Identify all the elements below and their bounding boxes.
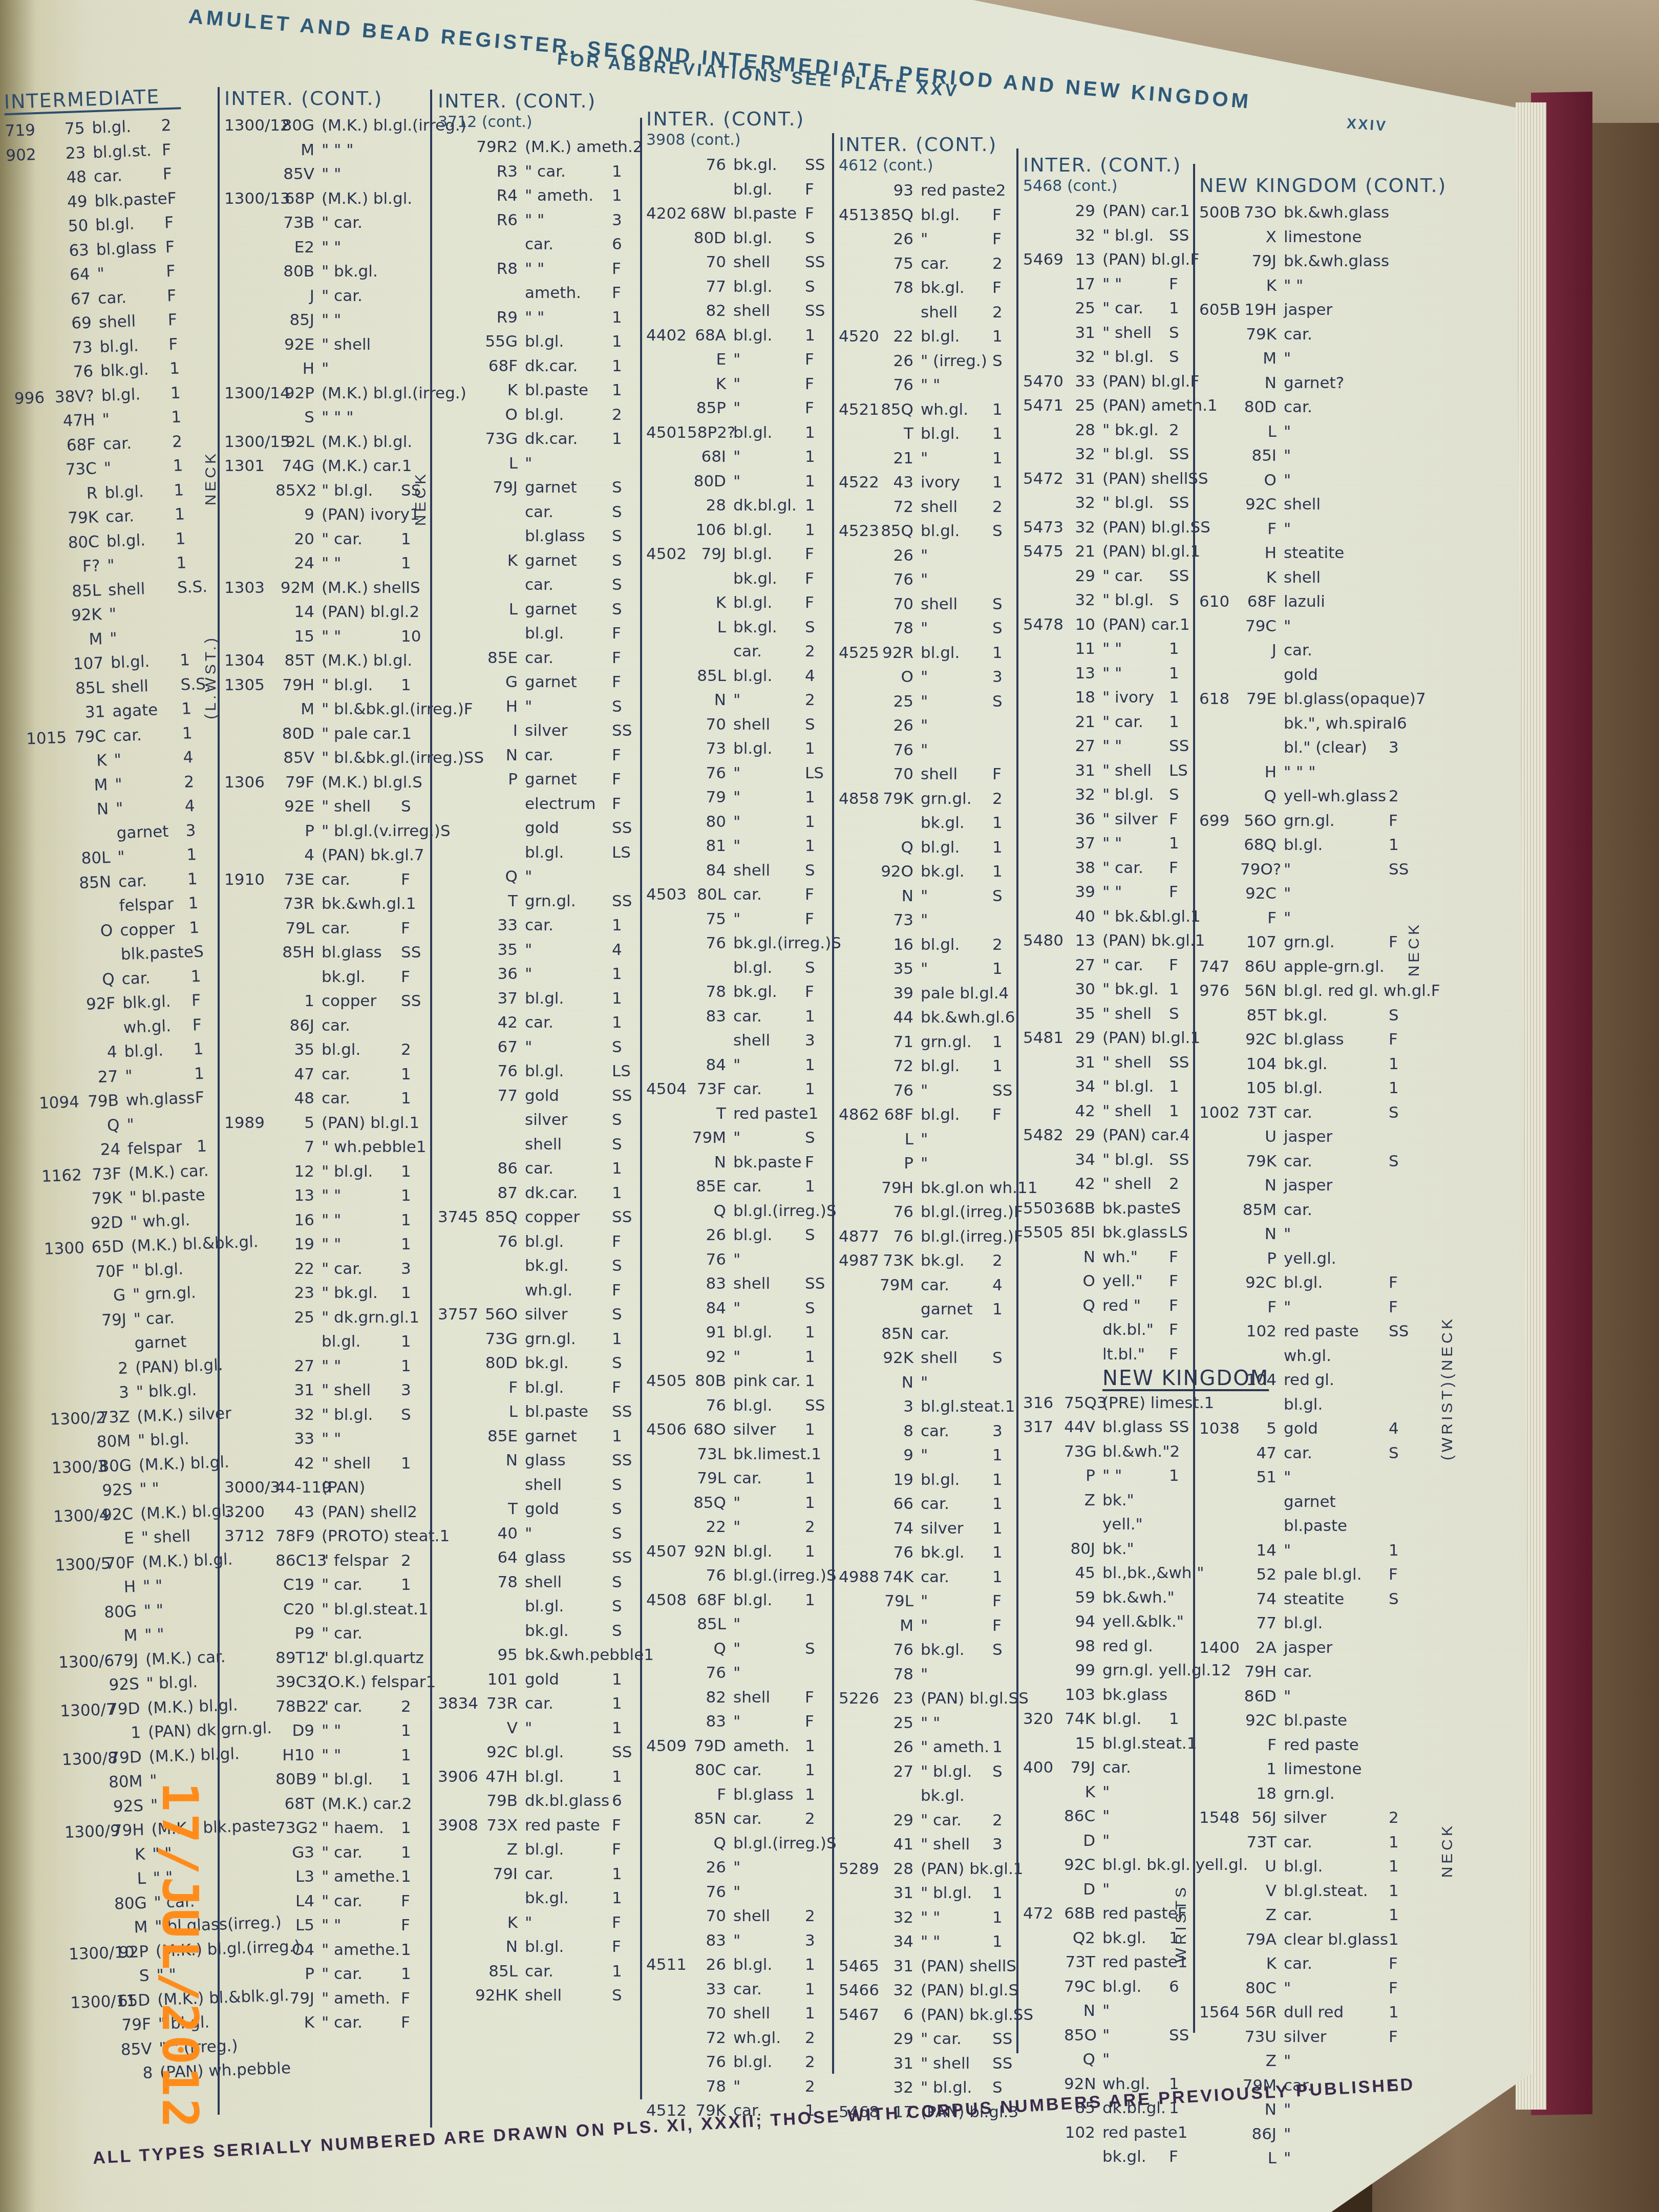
register-entry: NglassSS	[438, 1449, 637, 1473]
entry-type: N	[1064, 1999, 1102, 2024]
entry-corpus	[438, 1424, 474, 1449]
register-entry: C20" bl.gl.steat.1	[224, 1598, 427, 1622]
entry-type: 36	[1064, 807, 1102, 832]
entry-type: 73F	[77, 1161, 129, 1187]
entry-corpus	[224, 1865, 275, 1889]
register-entry: 31675Q3(PRE) limest.1	[1023, 1391, 1192, 1416]
register-entry: 605B19Hjasper	[1199, 298, 1414, 323]
entry-type: 5	[1240, 1417, 1284, 1441]
entry-qty: S	[992, 2076, 1015, 2100]
entry-type: L	[687, 615, 733, 640]
entry-material: garnet?	[1284, 371, 1389, 396]
entry-type: 27	[275, 1354, 322, 1379]
entry-qty	[401, 333, 427, 357]
entry-corpus: 5503	[1023, 1197, 1064, 1221]
entry-qty: SS	[1169, 491, 1192, 516]
register-entry: Qyell-wh.glass2	[1199, 784, 1414, 809]
entry-type: O	[880, 665, 921, 690]
entry-material: "	[733, 1929, 805, 1953]
entry-material: " car.	[322, 1257, 401, 1282]
entry-corpus: 472	[1023, 1902, 1064, 1926]
entry-corpus: 1162	[41, 1163, 78, 1189]
entry-type: 92C	[474, 1740, 525, 1765]
register-entry: IsilverSS	[438, 719, 637, 743]
entry-corpus	[1023, 272, 1064, 297]
register-entry: 450868Fbl.gl.1	[646, 1588, 831, 1613]
register-entry: 547332(PAN) bl.gl.SS	[1023, 516, 1192, 540]
register-entry: 14(PAN) bl.gl.2	[224, 600, 427, 625]
entry-type: 87	[474, 1181, 525, 1206]
register-entry: 51"	[1199, 1465, 1414, 1490]
entry-material: bk.gl.	[1102, 1926, 1169, 1951]
entry-type: 2A	[1240, 1636, 1284, 1661]
entry-type	[83, 1332, 135, 1358]
entry-qty: 1	[188, 891, 209, 916]
entry-material: ivory	[921, 471, 992, 495]
entry-material: " amethe.	[322, 1865, 401, 1889]
entry-qty: 1	[805, 1540, 831, 1564]
entry-material: (PAN) bl.gl.	[1102, 516, 1190, 540]
register-entry: 92E" shell	[224, 333, 427, 357]
register-entry: silverS	[438, 1108, 637, 1133]
entry-type: 32	[1064, 442, 1102, 467]
register-entry: 4(PAN) bk.gl.7	[224, 843, 427, 868]
register-entry: H"	[224, 357, 427, 381]
entry-type: 25	[880, 1711, 921, 1736]
entry-corpus: 1305	[224, 673, 275, 698]
entry-corpus	[60, 1722, 97, 1748]
entry-corpus	[839, 1322, 880, 1347]
register-entry: 73Gdk.car.1	[438, 427, 637, 452]
entry-corpus	[1199, 1563, 1240, 1587]
entry-type: 35	[474, 938, 525, 963]
entry-corpus	[1023, 1148, 1064, 1173]
register-entry: 78"S	[839, 616, 1015, 641]
entry-material: " bl.gl.	[322, 479, 401, 503]
entry-qty: SS	[612, 1205, 637, 1230]
entry-corpus	[438, 549, 474, 573]
entry-qty: SS	[1169, 1148, 1192, 1173]
entry-corpus	[839, 1711, 880, 1736]
entry-material: car.	[105, 503, 175, 529]
entry-type: 80D	[474, 1351, 525, 1376]
entry-corpus: 1548	[1199, 1806, 1240, 1831]
entry-material: bk.limest.	[733, 1442, 811, 1467]
entry-qty: 1	[992, 422, 1015, 446]
entry-material: " shell	[1102, 1172, 1169, 1197]
entry-material: (PAN) shell	[921, 1954, 1006, 1979]
entry-corpus	[1199, 1028, 1240, 1052]
register-entry: 10385gold4	[1199, 1417, 1414, 1441]
register-entry: shell2	[839, 301, 1015, 325]
entry-corpus	[69, 1966, 106, 1991]
register-entry: 85Tbk.gl.S	[1199, 1004, 1414, 1028]
entry-material: wh."	[1102, 1245, 1169, 1270]
entry-corpus	[839, 1735, 880, 1760]
entry-type: M	[58, 627, 111, 653]
entry-qty: 1	[1389, 1903, 1414, 1928]
register-entry: 9"1	[839, 1443, 1015, 1468]
register-entry: Hsteatite	[1199, 541, 1414, 566]
entry-material: bl.gl.	[733, 421, 805, 445]
entry-corpus	[839, 1833, 880, 1857]
entry-material: bl.gl.	[733, 1540, 805, 1564]
register-entry: 19" "1	[224, 1232, 427, 1257]
entry-corpus: 5475	[1023, 540, 1064, 564]
register-entry: K"F	[438, 1911, 637, 1936]
entry-type: 78	[474, 1570, 525, 1595]
entry-qty	[992, 1128, 1015, 1152]
entry-material: car.	[1102, 1756, 1169, 1780]
entry-corpus	[839, 1638, 880, 1663]
column-heading: INTER. (CONT.)	[438, 90, 637, 112]
entry-type: 80D	[275, 722, 322, 747]
entry-type: Q	[687, 1637, 733, 1662]
register-entry: 73Gbl.&wh."2	[1023, 1440, 1192, 1464]
entry-qty	[1389, 1660, 1414, 1685]
entry-corpus	[62, 1771, 99, 1797]
entry-type: 79L	[275, 917, 322, 941]
register-entry: 371278F9(PROTO) steat.1	[224, 1524, 427, 1549]
entry-corpus	[438, 622, 474, 646]
entry-type: 103	[1064, 1683, 1102, 1708]
entry-corpus	[839, 422, 880, 446]
entry-corpus	[646, 1637, 687, 1662]
entry-material: " car.	[322, 2011, 401, 2035]
entry-type: Z	[1240, 2049, 1284, 2074]
entry-corpus: 3745	[438, 1205, 474, 1230]
entry-material: "	[1102, 2024, 1169, 2048]
entry-qty: 2	[992, 495, 1015, 520]
register-entry: bl.gl.F	[646, 178, 831, 202]
entry-material: dk.bl."	[1102, 1318, 1169, 1343]
entry-corpus	[839, 690, 880, 714]
entry-corpus	[224, 1208, 275, 1233]
entry-material: " car.	[921, 1809, 992, 1833]
entry-type: 21	[1064, 540, 1102, 564]
entry-corpus	[1199, 541, 1240, 566]
entry-material: " "	[322, 1427, 401, 1452]
entry-corpus: 1989	[224, 1111, 275, 1136]
register-entry: 74786Uapple-grn.gl.	[1199, 955, 1414, 980]
entry-material: "	[117, 843, 187, 870]
entry-corpus	[1199, 1855, 1240, 1879]
entry-qty: SS	[1169, 1051, 1192, 1075]
entry-type: 98	[1064, 1634, 1102, 1659]
entry-list: 93red paste2451385Qbl.gl.F26"F75car.278b…	[839, 179, 1015, 2124]
register-entry: 70shellF	[839, 762, 1015, 787]
entry-material: " car.	[322, 527, 401, 552]
entry-material: " car.	[322, 1889, 401, 1914]
entry-material: " bl.gl.	[322, 1160, 401, 1184]
register-entry: bl.gl.1	[224, 1330, 427, 1354]
entry-material: " car.	[322, 211, 401, 236]
entry-material: "	[733, 810, 805, 835]
entry-type	[65, 821, 117, 847]
entry-type: 94	[1064, 1610, 1102, 1634]
entry-qty: 1	[401, 551, 427, 576]
register-entry: 450668Osilver1	[646, 1418, 831, 1442]
entry-qty: 1	[173, 454, 194, 479]
entry-type: 70	[880, 762, 921, 787]
entry-qty	[1389, 444, 1414, 469]
entry-corpus: 5465	[839, 1954, 880, 1979]
entry-qty: 1	[805, 737, 831, 761]
column-subheading: 3712 (cont.)	[438, 113, 637, 131]
entry-corpus	[12, 337, 49, 363]
entry-type: 79J	[82, 1307, 134, 1333]
column-divider	[1016, 148, 1018, 2053]
entry-type: 28	[687, 494, 733, 518]
entry-material: bl.gl.(irreg.)	[733, 1199, 826, 1224]
entry-material: bk.gl.	[921, 860, 992, 884]
entry-material: bk.gl.	[733, 615, 805, 640]
entry-corpus: 1300/14	[224, 381, 275, 406]
entry-material: dull red	[1284, 2001, 1389, 2025]
register-entry: 77bl.gl.S	[646, 275, 831, 300]
entry-corpus	[839, 1419, 880, 1444]
entry-qty: 6	[1169, 1975, 1192, 2000]
entry-corpus: 5226	[839, 1687, 880, 1711]
register-entry: 85Ncar.2	[646, 1807, 831, 1832]
entry-corpus	[438, 598, 474, 622]
register-entry: D"	[1023, 1829, 1192, 1854]
entry-corpus	[224, 527, 275, 552]
register-entry: 92C"	[1199, 882, 1414, 906]
entry-type: 75Q3	[1064, 1391, 1102, 1416]
entry-type: P	[474, 768, 525, 792]
entry-corpus	[46, 1285, 82, 1310]
entry-corpus	[224, 308, 275, 333]
entry-corpus	[646, 859, 687, 883]
entry-type: K	[1240, 1952, 1284, 1976]
entry-material: " "	[322, 1184, 401, 1208]
entry-material: "	[1102, 1804, 1169, 1829]
entry-material: "	[921, 616, 992, 641]
register-entry: 28dk.bl.gl.1	[646, 494, 831, 518]
register-entry: 72shell2	[839, 495, 1015, 520]
entry-corpus	[646, 688, 687, 713]
entry-type	[474, 622, 525, 646]
register-column: INTER. (CONT.)4612 (cont.)93red paste245…	[839, 133, 1015, 2124]
entry-corpus	[1199, 1709, 1240, 1733]
register-entry: 82shellF	[646, 1686, 831, 1710]
entry-corpus	[646, 980, 687, 1005]
entry-material: " shell	[1102, 1051, 1169, 1075]
entry-type: Q	[70, 967, 122, 993]
entry-type: 39	[1064, 880, 1102, 905]
register-entry: 79JgarnetS	[438, 476, 637, 500]
entry-qty: 1	[612, 354, 637, 379]
register-entry: 70shellS	[839, 592, 1015, 617]
entry-material: bl.gl.	[733, 275, 805, 300]
entry-corpus	[1023, 1464, 1064, 1488]
entry-qty	[1389, 566, 1414, 590]
entry-qty: F	[1169, 856, 1192, 881]
entry-material: " "	[1102, 734, 1169, 759]
entry-type: 92R	[880, 641, 921, 666]
entry-material: " "	[142, 1572, 212, 1599]
entry-qty: 2	[805, 1807, 831, 1832]
entry-type: D	[1064, 1829, 1102, 1854]
register-entry: 73Rbk.&wh.gl.1	[224, 892, 427, 917]
entry-material: bk.glass	[1102, 1683, 1169, 1708]
entry-corpus	[646, 153, 687, 178]
entry-qty: 1	[612, 378, 637, 403]
entry-material: bl.gl.	[525, 1838, 612, 1862]
entry-type: 25	[880, 690, 921, 714]
entry-qty	[401, 1427, 427, 1452]
entry-material: bk.&wh.pebble	[525, 1643, 644, 1668]
entry-material: "	[921, 957, 992, 982]
entry-qty: S	[412, 771, 438, 795]
entry-qty: 1	[1178, 2121, 1201, 2145]
entry-type: 79J	[275, 1987, 322, 2011]
entry-material: bl.gl.	[1102, 1975, 1169, 2000]
register-entry: goldSS	[438, 816, 637, 841]
entry-corpus	[646, 178, 687, 202]
entry-material: shell	[733, 1686, 805, 1710]
entry-material: car.	[1284, 1952, 1389, 1976]
entry-material: bl.glass	[322, 941, 401, 965]
register-entry: 106bl.gl.1	[646, 518, 831, 543]
entry-material: " "	[322, 236, 401, 260]
entry-type: Q	[1240, 784, 1284, 809]
register-entry: L3" amethe.1	[224, 1865, 427, 1889]
entry-qty: F	[195, 1086, 216, 1111]
entry-corpus	[1199, 395, 1240, 420]
register-entry: 32" bl.gl.S	[1023, 783, 1192, 807]
entry-type: P	[1240, 1247, 1284, 1271]
entry-material: bl.glass	[96, 236, 166, 262]
entry-corpus: 5482	[1023, 1123, 1064, 1148]
entry-material: bk.gl.	[921, 811, 992, 836]
register-entry: Qbl.gl.1	[839, 836, 1015, 860]
entry-type: 79J	[687, 542, 733, 567]
entry-qty	[1389, 420, 1414, 444]
entry-material: lazuli	[1284, 590, 1389, 614]
entry-qty	[1389, 201, 1415, 225]
entry-type: 83	[687, 1710, 733, 1734]
entry-material: (M.K.) bl.gl.	[322, 187, 412, 211]
entry-corpus	[40, 1139, 77, 1165]
entry-corpus	[438, 768, 474, 792]
entry-qty: 1	[805, 1077, 831, 1102]
entry-type: 92F	[71, 991, 123, 1017]
entry-type: P	[275, 1962, 322, 1987]
entry-material: apple-grn.gl.	[1284, 955, 1389, 980]
entry-corpus	[438, 281, 474, 306]
entry-type: 70	[687, 250, 733, 275]
entry-type: M	[103, 1915, 156, 1941]
entry-material: " bk.gl.	[322, 1281, 401, 1306]
entry-type: K	[1240, 566, 1284, 590]
entry-material: bl.gl.	[525, 1376, 612, 1400]
entry-material: " car.	[1102, 296, 1169, 321]
register-entry: 77bl.gl.	[1199, 1611, 1414, 1636]
entry-material: car.	[322, 1014, 401, 1038]
entry-type: 32	[880, 2076, 921, 2100]
register-entry: 548129(PAN) bl.gl.1	[1023, 1026, 1192, 1051]
register-entry: 32" "1	[839, 1906, 1015, 1930]
entry-corpus: 4508	[646, 1588, 687, 1613]
entry-corpus	[839, 714, 880, 738]
entry-type: 68T	[275, 1792, 322, 1817]
entry-corpus	[42, 1187, 79, 1213]
entry-qty: S.S.	[180, 672, 202, 697]
entry-qty: 3	[612, 208, 637, 233]
entry-corpus	[1023, 807, 1064, 832]
entry-qty: S	[1169, 783, 1192, 807]
register-entry: 547231(PAN) shellSS	[1023, 467, 1192, 492]
entry-qty	[1169, 1999, 1192, 2024]
register-entry: 19bl.gl.1	[839, 1468, 1015, 1493]
register-entry: 78bk.gl.F	[839, 276, 1015, 301]
entry-qty: S	[805, 713, 831, 737]
entry-material: silver	[525, 1108, 612, 1133]
entry-type: 42	[275, 1452, 322, 1476]
entry-qty: F	[166, 259, 187, 284]
entry-material: "	[107, 551, 177, 578]
register-entry: 36"1	[438, 962, 637, 987]
entry-qty: F	[612, 1279, 637, 1303]
register-entry: 59bk.&wh."	[1023, 1586, 1192, 1610]
entry-qty: SS	[805, 299, 831, 324]
register-entry: 69956Ogrn.gl.F	[1199, 809, 1414, 834]
register-entry: 546531(PAN) shellS	[839, 1954, 1015, 1979]
entry-qty: 1	[401, 1841, 427, 1865]
entry-qty	[805, 1612, 831, 1637]
entry-qty: S	[1171, 1197, 1194, 1221]
entry-corpus: 4505	[646, 1369, 687, 1394]
register-entry: bk.gl.F	[646, 567, 831, 591]
entry-type: S	[275, 406, 322, 430]
entry-type: 92E	[275, 333, 322, 357]
entry-corpus	[20, 580, 57, 606]
entry-type: K	[275, 2011, 322, 2035]
entry-type: 85Q	[880, 203, 921, 228]
entry-type: 79K	[1240, 323, 1284, 347]
entry-type: 92M	[275, 576, 322, 601]
register-entry: 92Cbl.gl. bk.gl. yell.gl.	[1023, 1853, 1192, 1878]
register-entry: car.S	[438, 573, 637, 598]
entry-qty: 1	[1169, 296, 1192, 321]
entry-type: 73L	[687, 1442, 733, 1467]
entry-type: T	[474, 889, 525, 914]
entry-type: 92P	[275, 381, 322, 406]
entry-type: D	[1064, 1878, 1102, 1902]
entry-type	[474, 1108, 525, 1133]
register-entry: Lbl.pasteSS	[438, 1400, 637, 1424]
entry-material: " bl.gl.	[1102, 491, 1169, 516]
entry-material: wh.gl.	[921, 398, 992, 422]
entry-material: car.	[322, 917, 401, 941]
register-entry: 76bl.gl.F	[438, 1230, 637, 1254]
entry-material: " felspar	[322, 1549, 401, 1573]
entry-qty: 2	[992, 787, 1015, 812]
entry-qty: F	[805, 178, 831, 202]
register-column: INTERMEDIATE71975bl.gl.290223bl.gl.st.F4…	[4, 84, 250, 2088]
entry-material: "	[1284, 347, 1389, 371]
entry-qty: F	[167, 186, 188, 211]
column-heading: NEW KINGDOM (CONT.)	[1199, 174, 1414, 197]
entry-qty: 1	[992, 641, 1015, 666]
register-entry: lt.bl."F	[1023, 1343, 1192, 1367]
entry-type: 85N	[880, 1322, 921, 1347]
entry-type	[474, 1594, 525, 1619]
register-entry: 450979Dameth.1	[646, 1734, 831, 1759]
register-entry: 24" "1	[224, 551, 427, 576]
